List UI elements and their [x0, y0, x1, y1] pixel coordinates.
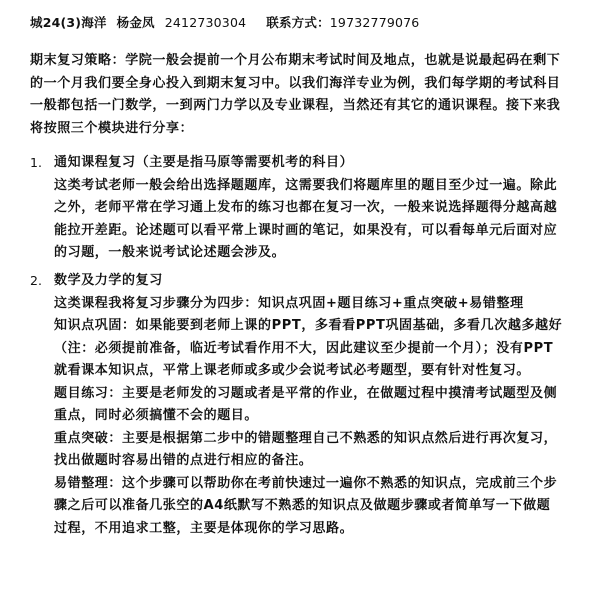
- intro-line: 期末复习策略：学院一般会提前一个月公布期末考试时间及地点，也就是说最起码在剩下: [30, 50, 575, 73]
- section-line: 的习题，一般来说考试论述题会涉及。: [54, 242, 574, 265]
- student-id: 2412730304: [165, 15, 247, 30]
- student-name: 杨金凤: [117, 15, 155, 30]
- intro-line: 将按照三个模块进行分享：: [30, 118, 575, 141]
- section-title: 通知课程复习（主要是指马原等需要机考的科目）: [54, 152, 574, 175]
- section-line: 就看课本知识点，平常上课老师或多或少会说考试必考题型，要有针对性复习。: [54, 360, 574, 383]
- section-line: 找出做题时容易出错的点进行相应的备注。: [54, 450, 574, 473]
- section-line: 易错整理：这个步骤可以帮助你在考前快速过一遍你不熟悉的知识点，完成前三个步: [54, 473, 574, 496]
- section-line: 骤之后可以准备几张空的A4纸默写不熟悉的知识点及做题步骤或者简单写一下做题: [54, 495, 574, 518]
- list-item-body: 通知课程复习（主要是指马原等需要机考的科目） 这类考试老师一般会给出选择题题库，…: [54, 152, 574, 265]
- list-item-body: 数学及力学的复习 这类课程我将复习步骤分为四步：知识点巩固+题目练习+重点突破+…: [54, 270, 574, 540]
- section-line: （注：必须提前准备，临近考试看作用不大，因此建议至少提前一个月）；没有PPT: [54, 338, 574, 361]
- list-number: 1.: [30, 152, 42, 175]
- section-line: 重点突破：主要是根据第二步中的错题整理自己不熟悉的知识点然后进行再次复习，: [54, 428, 574, 451]
- student-info-header: 城24(3)海洋杨金凤2412730304联系方式：19732779076: [30, 13, 419, 31]
- section-title: 数学及力学的复习: [54, 270, 574, 293]
- contact-phone: 19732779076: [330, 15, 420, 30]
- section-line: 过程，不用追求工整，主要是体现你的学习思路。: [54, 518, 574, 541]
- section-line: 之外，老师平常在学习通上发布的练习也都在复习一次，一般来说选择题得分越高越: [54, 197, 574, 220]
- section-line: 题目练习：主要是老师发的习题或者是平常的作业，在做题过程中摸清考试题型及侧: [54, 383, 574, 406]
- intro-paragraph: 期末复习策略：学院一般会提前一个月公布期末考试时间及地点，也就是说最起码在剩下 …: [30, 50, 575, 140]
- section-line: 能拉开差距。论述题可以看平常上课时画的笔记，如果没有，可以看每单元后面对应: [54, 220, 574, 243]
- class-name: 城24(3)海洋: [30, 15, 107, 30]
- contact-label: 联系方式：: [266, 15, 330, 30]
- list-number: 2.: [30, 270, 42, 293]
- intro-line: 一般都包括一门数学，一到两门力学以及专业课程，当然还有其它的通识课程。接下来我: [30, 95, 575, 118]
- intro-line: 的一个月我们要全身心投入到期末复习中。以我们海洋专业为例，我们每学期的考试科目: [30, 73, 575, 96]
- section-line: 这类考试老师一般会给出选择题题库，这需要我们将题库里的题目至少过一遍。除此: [54, 175, 574, 198]
- document-page: 城24(3)海洋杨金凤2412730304联系方式：19732779076 期末…: [0, 0, 599, 594]
- section-line: 知识点巩固：如果能要到老师上课的PPT，多看看PPT巩固基础，多看几次越多越好: [54, 315, 574, 338]
- section-line: 重点，同时必须搞懂不会的题目。: [54, 405, 574, 428]
- section-line: 这类课程我将复习步骤分为四步：知识点巩固+题目练习+重点突破+易错整理: [54, 293, 574, 316]
